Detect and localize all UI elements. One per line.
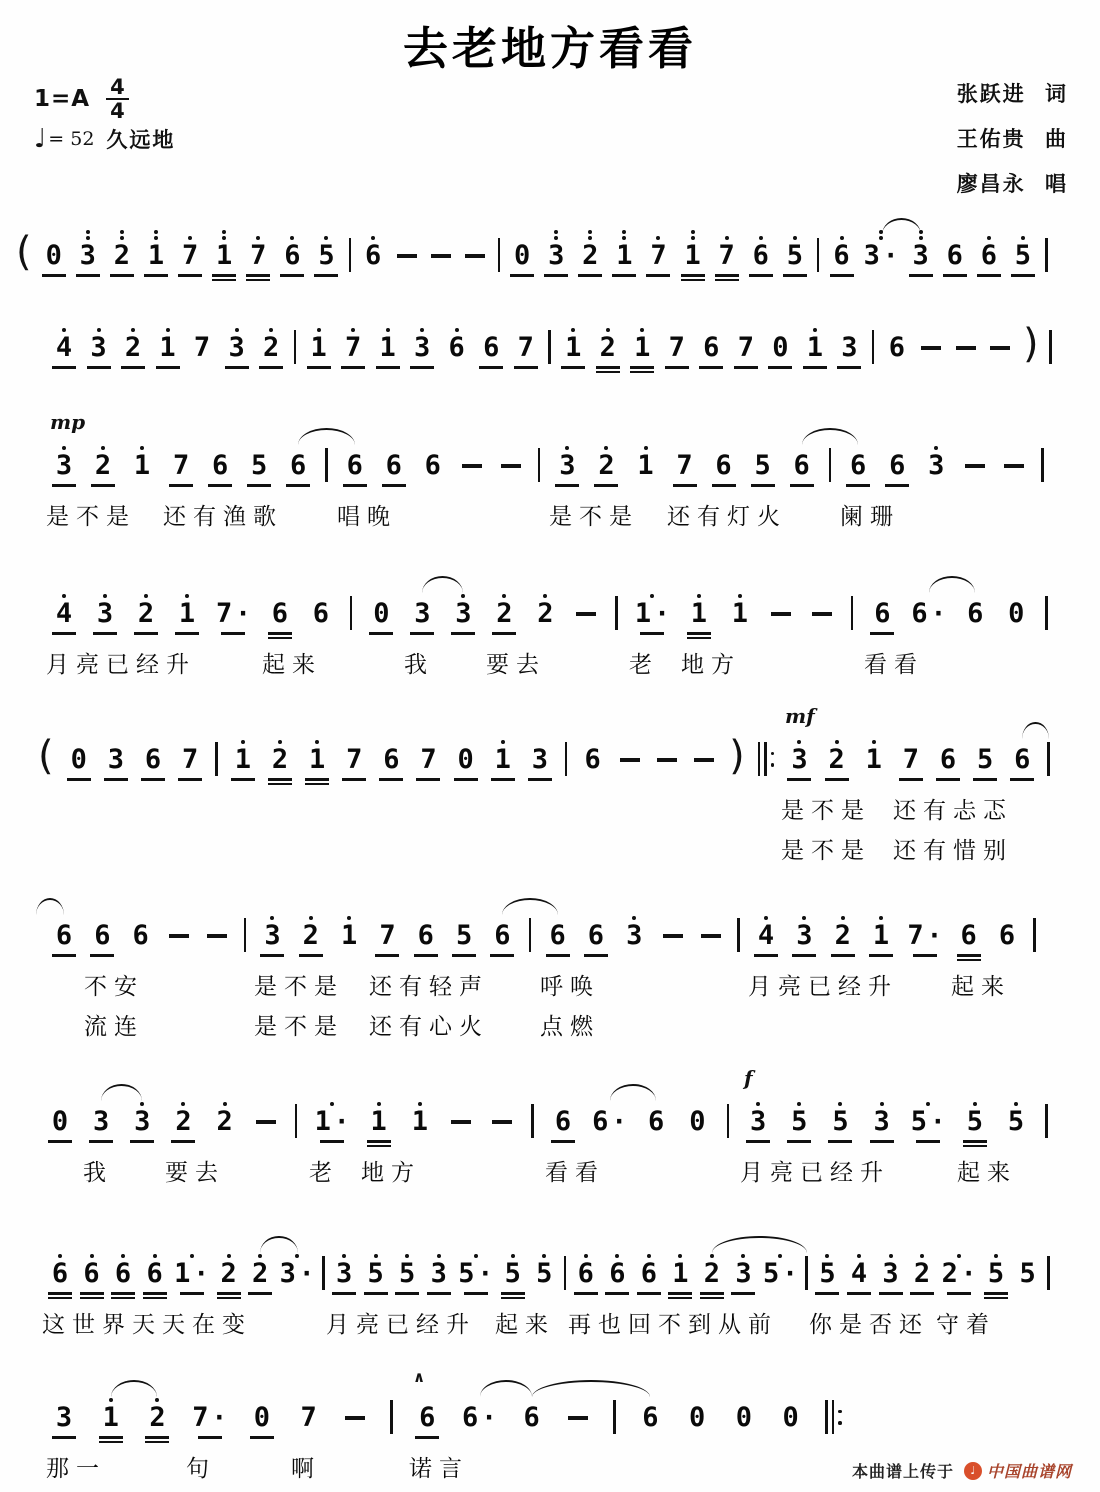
lyric-segment: 是不是 bbox=[781, 792, 871, 825]
note: 2 bbox=[831, 906, 855, 957]
parenthesis: ( bbox=[38, 734, 54, 778]
dash-extension bbox=[499, 436, 523, 484]
note: 0 bbox=[685, 1388, 709, 1436]
notes-row: (03671217670136)3217656 bbox=[38, 730, 1050, 785]
note: 7 bbox=[715, 226, 739, 281]
dash-extension bbox=[167, 906, 191, 954]
music-line-2: 432173217136671217670136) bbox=[52, 318, 1052, 373]
note: 3 bbox=[104, 730, 128, 781]
lyric-segment: 还有渔歌 bbox=[163, 498, 283, 531]
note: 1 bbox=[305, 730, 329, 785]
note: 3 bbox=[427, 1244, 451, 1295]
note: 5 bbox=[452, 906, 476, 957]
note: 5 bbox=[1016, 1244, 1040, 1292]
barline bbox=[613, 1400, 616, 1434]
note: 6 bbox=[605, 1244, 629, 1295]
dash-extension bbox=[449, 1092, 473, 1140]
note: 7 bbox=[514, 318, 538, 369]
note: 5· bbox=[458, 1244, 493, 1295]
barline bbox=[727, 1104, 730, 1138]
note: 3 bbox=[87, 318, 111, 369]
lyric-segment: 要去 bbox=[165, 1154, 225, 1187]
sheet-music-page: { "header": { "title": "去老地方看看", "key": … bbox=[0, 0, 1100, 1492]
lyric-segment: 呼唤 bbox=[540, 968, 600, 1001]
note: 6 bbox=[268, 584, 292, 639]
dash-extension bbox=[963, 436, 987, 484]
barline bbox=[390, 1400, 393, 1434]
slur-tie-arc bbox=[422, 576, 463, 593]
note: 0 bbox=[1004, 584, 1028, 632]
accent-caret-mark: ∧ bbox=[413, 1368, 425, 1386]
note: 2 bbox=[268, 730, 292, 785]
lyric-segment: 地方 bbox=[681, 646, 741, 679]
note: 6 bbox=[111, 1244, 135, 1299]
dash-extension bbox=[1002, 436, 1026, 484]
notes-row: 432173217136671217670136) bbox=[52, 318, 1052, 373]
lyric-segment: 流连 bbox=[84, 1008, 144, 1041]
note: 6 bbox=[943, 226, 967, 277]
note: 3 bbox=[544, 226, 568, 277]
note: 5 bbox=[984, 1244, 1008, 1299]
tempo-value: = 52 bbox=[48, 128, 94, 150]
note: 5 bbox=[828, 1092, 852, 1143]
note: 3 bbox=[93, 584, 117, 635]
barline bbox=[564, 1256, 567, 1290]
note: 1 bbox=[869, 906, 893, 957]
lyric-segment: 是不是 bbox=[254, 1008, 344, 1041]
dash-extension bbox=[810, 584, 834, 632]
dash-extension bbox=[463, 226, 487, 274]
footer: 本曲谱上传于 ♩ 中国曲谱网 bbox=[852, 1459, 1072, 1482]
tempo-expression: 久远地 bbox=[106, 124, 175, 154]
lyric-segment: 再也回不到从前 bbox=[568, 1306, 778, 1339]
music-line-9: 3127·0766·66000∧那一句啊诺言 bbox=[52, 1388, 842, 1443]
lyric-segment: 我 bbox=[404, 646, 434, 679]
note: 6 bbox=[637, 1244, 661, 1295]
barline bbox=[1045, 596, 1048, 630]
parenthesis: ) bbox=[1023, 322, 1039, 366]
note: 4 bbox=[52, 584, 76, 635]
slur-tie-arc bbox=[101, 1084, 142, 1101]
lyric-segment: 唱晚 bbox=[337, 498, 397, 531]
parenthesis: ) bbox=[729, 734, 745, 778]
barline bbox=[538, 448, 541, 482]
note: 1· bbox=[174, 1244, 209, 1295]
music-line-8: 66661·223·35535·556661235·54322·55这世界天天在… bbox=[48, 1244, 1050, 1299]
note: 5 bbox=[783, 226, 807, 277]
note: 5 bbox=[751, 436, 775, 487]
note: 3 bbox=[528, 730, 552, 781]
note: 7 bbox=[665, 318, 689, 369]
lyric-segment: 月亮已经升 bbox=[46, 646, 196, 679]
slur-tie-arc bbox=[802, 428, 858, 445]
lyric-segment: 还有心火 bbox=[369, 1008, 489, 1041]
note: 6 bbox=[581, 730, 605, 778]
lyric-segment: 是不是 bbox=[549, 498, 639, 531]
lyric-segment: 守着 bbox=[936, 1306, 996, 1339]
barline bbox=[1045, 1104, 1048, 1138]
note: 7· bbox=[907, 906, 942, 957]
site-logo-icon: ♩ bbox=[964, 1462, 982, 1480]
note: 0 bbox=[685, 1092, 709, 1140]
note: 7 bbox=[178, 226, 202, 277]
note: 5 bbox=[815, 1244, 839, 1295]
note: 5· bbox=[911, 1092, 946, 1143]
note: 6 bbox=[309, 584, 333, 632]
barline bbox=[1047, 742, 1050, 776]
lyric-segment: 是不是 bbox=[46, 498, 136, 531]
note: 3 bbox=[622, 906, 646, 954]
lyric-segment: 是不是 bbox=[781, 832, 871, 865]
note: 3 bbox=[76, 226, 100, 277]
dash-extension bbox=[490, 1092, 514, 1140]
note: 6 bbox=[129, 906, 153, 954]
lyric-segment: 句 bbox=[186, 1450, 216, 1483]
key-and-meter: 1=A 4 4 bbox=[34, 76, 129, 122]
barline bbox=[294, 330, 297, 364]
time-signature-denominator: 4 bbox=[106, 100, 129, 122]
barline bbox=[350, 596, 353, 630]
note: 5 bbox=[364, 1244, 388, 1295]
lyric-segment: 你是否还 bbox=[809, 1306, 929, 1339]
note: 1 bbox=[231, 730, 255, 781]
barline bbox=[851, 596, 854, 630]
lyric-segment: 月亮已经升 bbox=[326, 1306, 476, 1339]
note: 2 bbox=[578, 226, 602, 277]
music-line-1: (032171765603217176563·3665 bbox=[16, 226, 1048, 281]
lyric-segment: 还有忐忑 bbox=[893, 792, 1013, 825]
note: 2 bbox=[596, 318, 620, 373]
note: 2 bbox=[91, 436, 115, 487]
note: 7 bbox=[416, 730, 440, 781]
note: 3 bbox=[746, 1092, 770, 1143]
barline bbox=[615, 596, 618, 630]
double-barline bbox=[825, 1400, 842, 1434]
note: 6 bbox=[885, 318, 909, 366]
lyric-segment: 月亮已经升 bbox=[740, 1154, 890, 1187]
quarter-note-icon: ♩ bbox=[34, 126, 46, 152]
dash-extension bbox=[343, 1388, 367, 1436]
dash-extension bbox=[460, 436, 484, 484]
note: 6 bbox=[208, 436, 232, 487]
note: 0 bbox=[454, 730, 478, 781]
lyric-segment: 看看 bbox=[864, 646, 924, 679]
note: 2 bbox=[110, 226, 134, 277]
dash-extension bbox=[919, 318, 943, 366]
key-signature: 1=A bbox=[34, 86, 90, 112]
lyric-segment: 要去 bbox=[486, 646, 546, 679]
lyric-segment: 老 bbox=[629, 646, 659, 679]
note: 7 bbox=[646, 226, 670, 277]
note: 2 bbox=[910, 1244, 934, 1295]
parenthesis: ( bbox=[16, 230, 32, 274]
lyricist-credit: 张跃进 词 bbox=[957, 72, 1068, 117]
note: 5 bbox=[247, 436, 271, 487]
slur-tie-arc bbox=[929, 576, 976, 593]
note: 4 bbox=[847, 1244, 871, 1295]
barline bbox=[872, 330, 875, 364]
footer-upload-text: 本曲谱上传于 bbox=[852, 1459, 954, 1482]
page-title: 去老地方看看 bbox=[0, 12, 1100, 77]
barline bbox=[829, 448, 832, 482]
barline bbox=[244, 918, 247, 952]
music-line-5: (03671217670136)3217656mf是不是还有忐忑是不是还有惜别 bbox=[38, 730, 1050, 785]
note: 1 bbox=[687, 584, 711, 639]
note: 1 bbox=[175, 584, 199, 635]
note: 0 bbox=[42, 226, 66, 277]
notes-row: 033221·1166·6035535·55 bbox=[48, 1092, 1048, 1147]
barline bbox=[498, 238, 501, 272]
note: 3 bbox=[410, 318, 434, 369]
note: 7 bbox=[246, 226, 270, 281]
barline bbox=[805, 1256, 808, 1290]
note: 7 bbox=[169, 436, 193, 487]
note: 7 bbox=[342, 730, 366, 781]
slur-tie-arc bbox=[480, 1380, 533, 1397]
barline bbox=[349, 238, 352, 272]
slur-tie-arc bbox=[260, 1236, 298, 1253]
note: 3 bbox=[555, 436, 579, 487]
note: 6 bbox=[977, 226, 1001, 277]
dash-extension bbox=[395, 226, 419, 274]
lyric-segment: 还有灯火 bbox=[667, 498, 787, 531]
note: 1 bbox=[728, 584, 752, 632]
note: 0 bbox=[48, 1092, 72, 1143]
slur-tie-arc bbox=[712, 1236, 807, 1253]
note: 2· bbox=[942, 1244, 977, 1295]
note: 7· bbox=[192, 1388, 227, 1439]
note: 5 bbox=[973, 730, 997, 781]
note: 6 bbox=[995, 906, 1019, 954]
note: 2 bbox=[171, 1092, 195, 1143]
note: 6 bbox=[382, 436, 406, 487]
slur-tie-arc bbox=[298, 428, 355, 445]
note: 7 bbox=[297, 1388, 321, 1436]
tempo-row: ♩ = 52 久远地 bbox=[34, 124, 175, 154]
note: 5 bbox=[532, 1244, 556, 1292]
note: 1 bbox=[803, 318, 827, 369]
note: 1 bbox=[130, 436, 154, 484]
note: 3 bbox=[260, 906, 284, 957]
composer-credit: 王佑贵 曲 bbox=[957, 117, 1068, 162]
note: 6 bbox=[749, 226, 773, 277]
lyric-segment: 我 bbox=[83, 1154, 113, 1187]
note: 5 bbox=[1004, 1092, 1028, 1140]
note: 1 bbox=[491, 730, 515, 781]
dash-extension bbox=[254, 1092, 278, 1140]
note: 3 bbox=[837, 318, 861, 369]
barline bbox=[215, 742, 218, 776]
note: 1 bbox=[630, 318, 654, 373]
note: 5 bbox=[787, 1092, 811, 1143]
lyric-segment: 起来 bbox=[951, 968, 1011, 1001]
lyric-segment: 看看 bbox=[545, 1154, 605, 1187]
note: 6 bbox=[584, 906, 608, 957]
barline bbox=[1041, 448, 1044, 482]
note: 1 bbox=[634, 436, 658, 484]
barline bbox=[817, 238, 820, 272]
note: 0 bbox=[250, 1388, 274, 1439]
dynamic-mp: mp bbox=[50, 410, 85, 434]
dash-extension bbox=[769, 584, 793, 632]
note: 6 bbox=[415, 1388, 439, 1439]
dash-extension bbox=[205, 906, 229, 954]
barline bbox=[295, 1104, 298, 1138]
note: 2 bbox=[121, 318, 145, 369]
site-name: 中国曲谱网 bbox=[987, 1459, 1072, 1482]
note: 6 bbox=[712, 436, 736, 487]
note: 3 bbox=[52, 436, 76, 487]
note: 3 bbox=[792, 906, 816, 957]
dash-extension bbox=[655, 730, 679, 778]
note: 6 bbox=[445, 318, 469, 366]
note: 6 bbox=[143, 1244, 167, 1299]
note: 5 bbox=[395, 1244, 419, 1295]
note: 4 bbox=[52, 318, 76, 369]
note: 1 bbox=[367, 1092, 391, 1147]
note: 6 bbox=[699, 318, 723, 369]
note: 7 bbox=[899, 730, 923, 781]
lyric-segment: 地方 bbox=[361, 1154, 421, 1187]
lyric-segment: 老 bbox=[309, 1154, 339, 1187]
note: 7 bbox=[734, 318, 758, 369]
note: 4 bbox=[754, 906, 778, 957]
note: 3 bbox=[870, 1092, 894, 1143]
lyric-segment: 点燃 bbox=[540, 1008, 600, 1041]
note: 3 bbox=[879, 1244, 903, 1295]
note: 3 bbox=[332, 1244, 356, 1295]
note: 0 bbox=[510, 226, 534, 277]
note: 2 bbox=[217, 1244, 241, 1299]
time-signature-numerator: 4 bbox=[106, 76, 129, 100]
dash-extension bbox=[574, 584, 598, 632]
note: 6 bbox=[421, 436, 445, 484]
note: 6 bbox=[936, 730, 960, 781]
note: 6 bbox=[957, 906, 981, 961]
note: 3 bbox=[52, 1388, 76, 1439]
note: 1 bbox=[337, 906, 361, 954]
lyric-segment: 月亮已经升 bbox=[748, 968, 898, 1001]
dynamic-f: f bbox=[744, 1066, 753, 1090]
note: 2 bbox=[259, 318, 283, 369]
lyric-segment: 诺言 bbox=[409, 1450, 469, 1483]
barline bbox=[529, 918, 532, 952]
barline bbox=[548, 330, 551, 364]
note: 2 bbox=[594, 436, 618, 487]
notes-row: 43217·66033221·1166·60 bbox=[52, 584, 1048, 639]
double-barline bbox=[758, 742, 775, 776]
note: 6 bbox=[574, 1244, 598, 1295]
notes-row: 32176566663217656663 bbox=[52, 436, 1044, 487]
lyric-segment: 不安 bbox=[84, 968, 144, 1001]
lyric-segment: 起来 bbox=[262, 646, 322, 679]
dynamic-mf: mf bbox=[785, 704, 815, 728]
music-line-3: 32176566663217656663mp是不是还有渔歌唱晚是不是还有灯火阑珊 bbox=[52, 436, 1044, 487]
note: 1 bbox=[668, 1244, 692, 1299]
note: 1 bbox=[862, 730, 886, 778]
note: 2 bbox=[825, 730, 849, 781]
barline bbox=[565, 742, 568, 776]
note: 6 bbox=[280, 226, 304, 277]
note: 6 bbox=[870, 584, 894, 635]
note: 1 bbox=[681, 226, 705, 281]
credits-block: 张跃进 词 王佑贵 曲 廖昌永 唱 bbox=[957, 72, 1068, 207]
slur-tie-arc bbox=[1022, 722, 1049, 739]
note: 5 bbox=[963, 1092, 987, 1147]
note: 6 bbox=[141, 730, 165, 781]
lyric-segment: 起来 bbox=[495, 1306, 555, 1339]
note: 3 bbox=[924, 436, 948, 484]
slur-tie-arc bbox=[532, 1380, 650, 1397]
note: 6 bbox=[414, 906, 438, 957]
note: 2 bbox=[134, 584, 158, 635]
slur-tie-arc bbox=[502, 898, 558, 915]
note: 2 bbox=[213, 1092, 237, 1140]
lyric-segment: 还有惜别 bbox=[893, 832, 1013, 865]
slur-tie-arc bbox=[882, 218, 922, 235]
music-line-4: 43217·66033221·1166·60月亮已经升起来我要去老地方看看 bbox=[52, 584, 1048, 639]
note: 5 bbox=[314, 226, 338, 277]
slur-tie-arc bbox=[610, 1084, 657, 1101]
note: 6 bbox=[885, 436, 909, 487]
note: 2 bbox=[492, 584, 516, 635]
note: 5 bbox=[501, 1244, 525, 1299]
note: 2 bbox=[299, 906, 323, 957]
dash-extension bbox=[692, 730, 716, 778]
dash-extension bbox=[699, 906, 723, 954]
note: 6 bbox=[48, 1244, 72, 1299]
note: 2 bbox=[533, 584, 557, 632]
note: 1· bbox=[315, 1092, 350, 1143]
note: 6 bbox=[551, 1092, 575, 1143]
note: 6 bbox=[830, 226, 854, 277]
note: 1 bbox=[212, 226, 236, 281]
dash-extension bbox=[988, 318, 1012, 366]
note: 1 bbox=[408, 1092, 432, 1140]
note: 6 bbox=[361, 226, 385, 274]
lyric-segment: 那一 bbox=[46, 1450, 106, 1483]
barline bbox=[737, 918, 740, 952]
notes-row: 66661·223·35535·556661235·54322·55 bbox=[48, 1244, 1050, 1299]
note: 6 bbox=[479, 318, 503, 369]
dash-extension bbox=[661, 906, 685, 954]
dash-extension bbox=[954, 318, 978, 366]
dash-extension bbox=[429, 226, 453, 274]
note: 6 bbox=[80, 1244, 104, 1299]
lyric-segment: 起来 bbox=[957, 1154, 1017, 1187]
slur-tie-arc bbox=[111, 1380, 157, 1397]
slur-tie-arc bbox=[36, 898, 64, 915]
note: 1· bbox=[635, 584, 670, 635]
note: 1 bbox=[376, 318, 400, 369]
note: 0 bbox=[67, 730, 91, 781]
notes-row: 3127·0766·66000 bbox=[52, 1388, 842, 1443]
barline bbox=[1047, 1256, 1050, 1290]
lyric-segment: 啊 bbox=[291, 1450, 321, 1483]
lyric-segment: 阑珊 bbox=[840, 498, 900, 531]
note: 1 bbox=[561, 318, 585, 369]
note: 3 bbox=[225, 318, 249, 369]
lyric-segment: 这世界天天在变 bbox=[42, 1306, 252, 1339]
note: 7· bbox=[216, 584, 251, 635]
barline bbox=[325, 448, 328, 482]
note: 7 bbox=[375, 906, 399, 957]
note: 3 bbox=[787, 730, 811, 781]
note: 0 bbox=[369, 584, 393, 635]
barline bbox=[1045, 238, 1048, 272]
music-line-7: 033221·1166·6035535·55f我要去老地方看看月亮已经升起来 bbox=[48, 1092, 1048, 1147]
note: 5 bbox=[1011, 226, 1035, 277]
